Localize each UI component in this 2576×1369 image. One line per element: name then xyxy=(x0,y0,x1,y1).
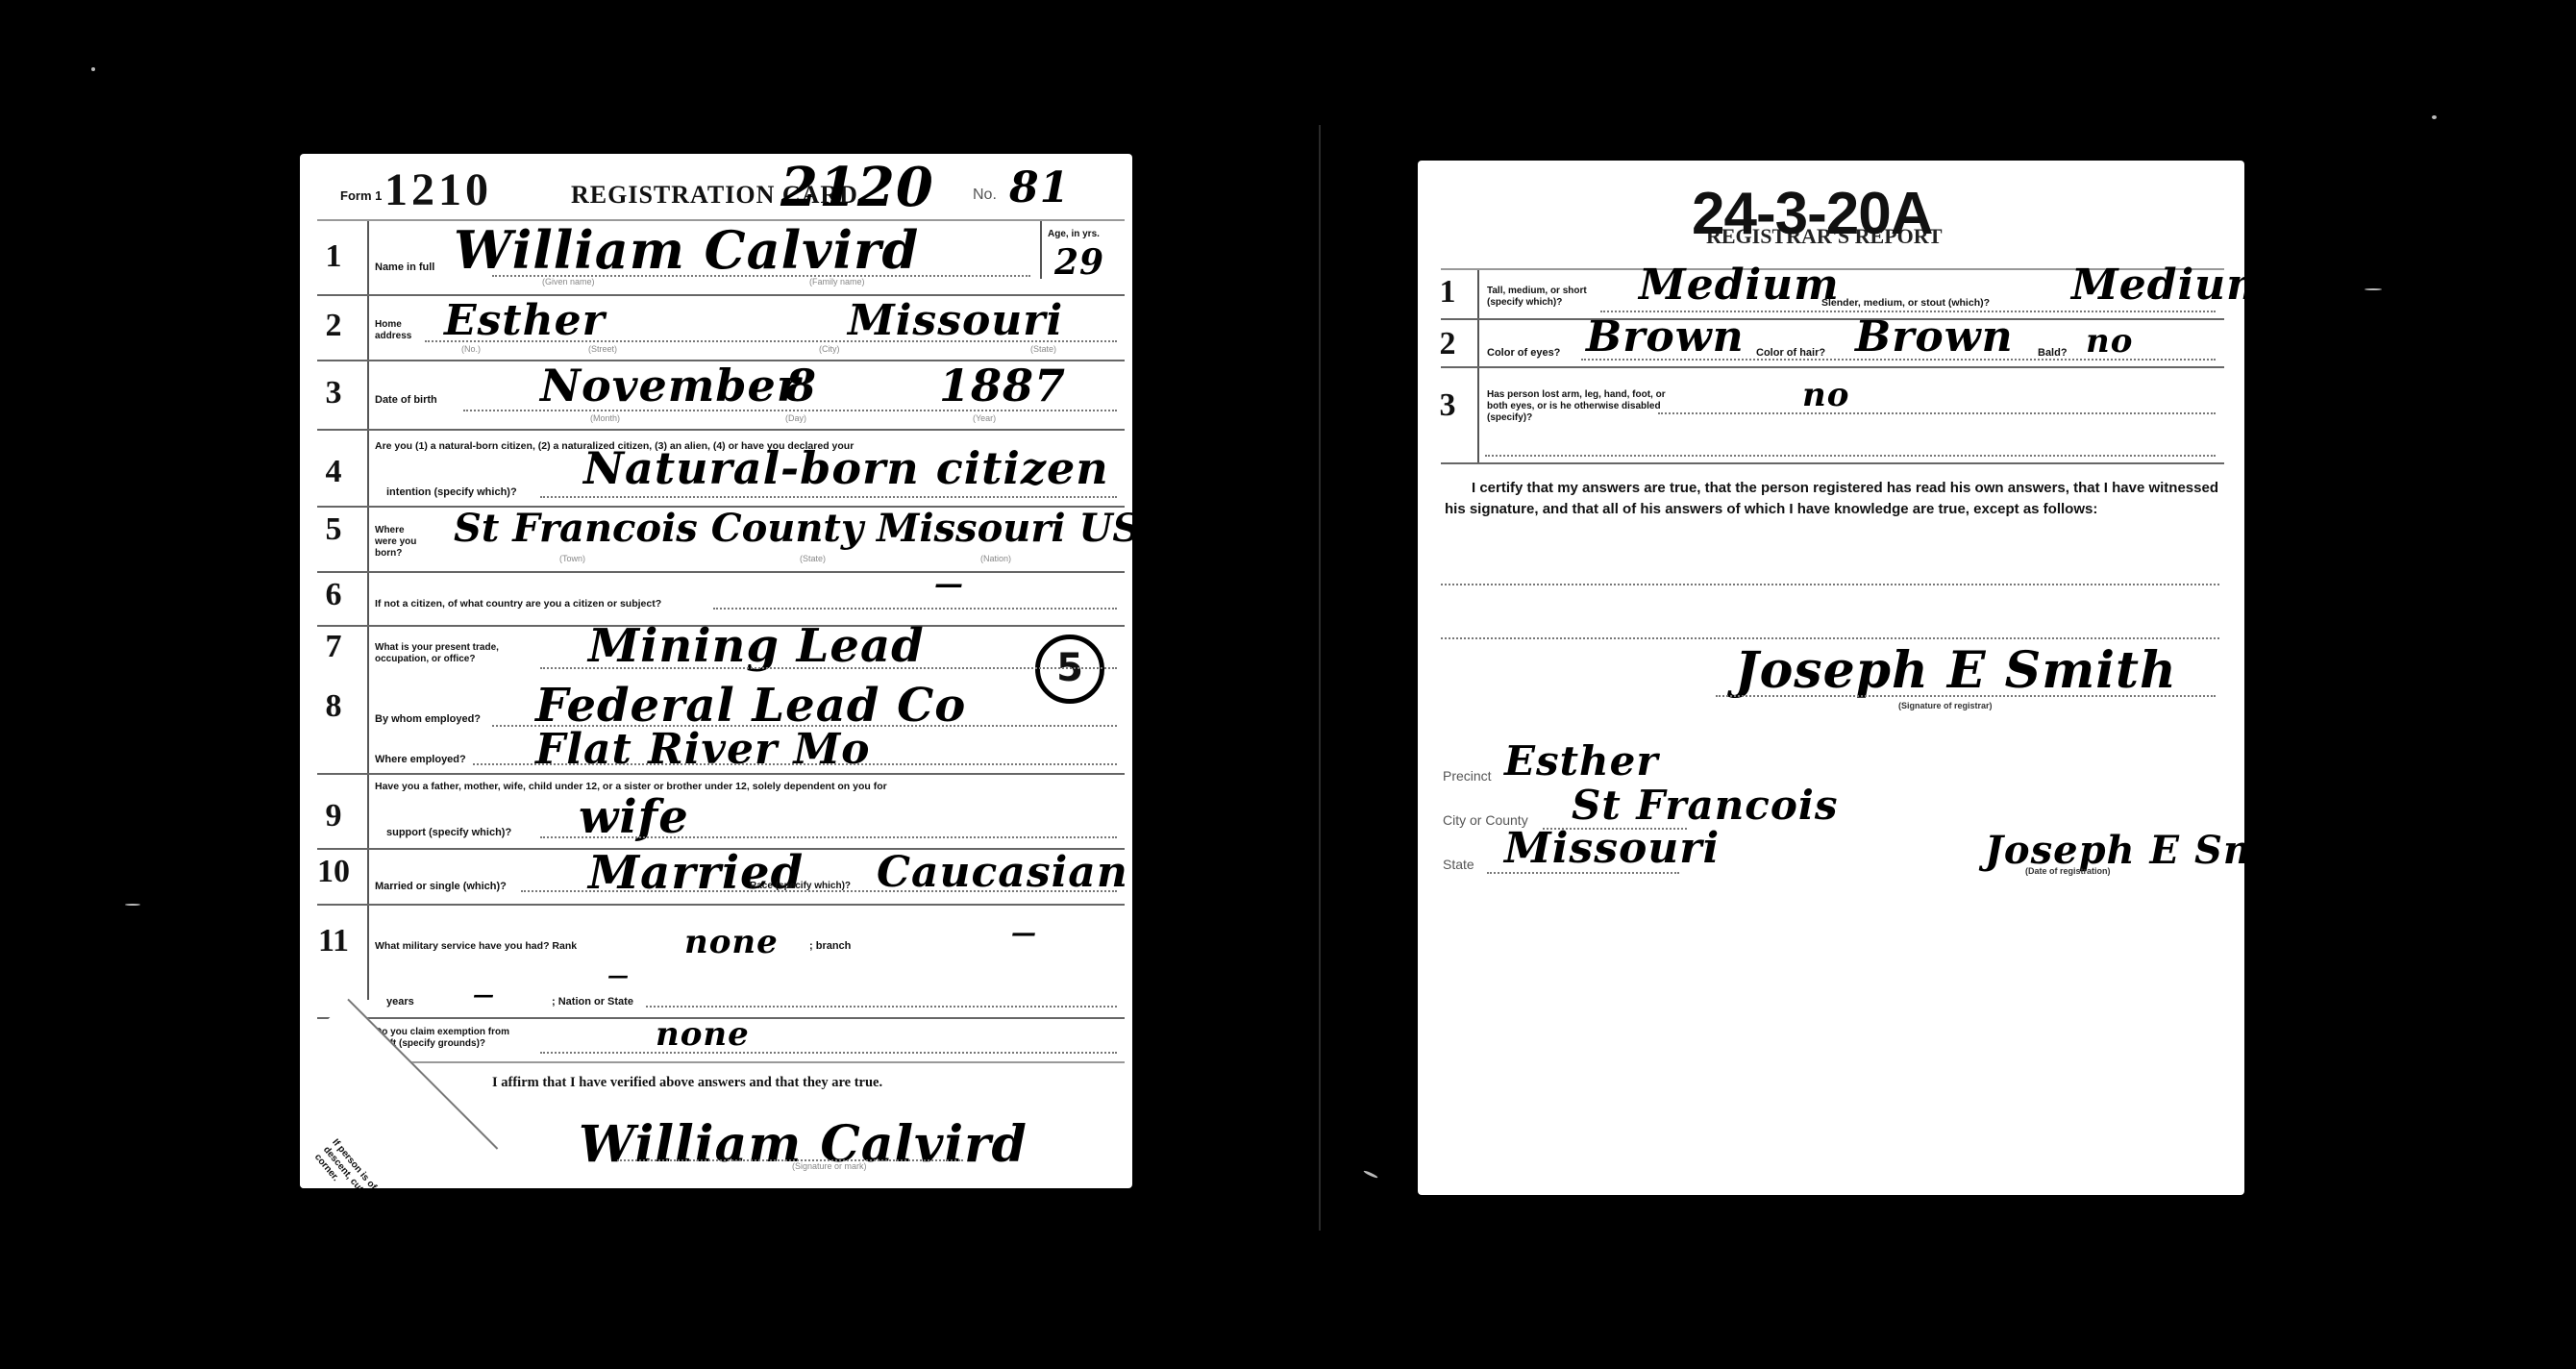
birthplace-label: Where were you born? xyxy=(375,525,428,560)
dependents-question-cont: support (specify which)? xyxy=(386,827,511,838)
registrar-caption: (Signature of registrar) xyxy=(1898,701,1993,710)
military-branch-label: ; branch xyxy=(809,940,851,952)
fill-line xyxy=(492,275,1030,277)
disability-label: Has person lost arm, leg, hand, foot, or… xyxy=(1487,389,1679,424)
dob-month: November xyxy=(540,360,801,411)
row-number: 5 xyxy=(310,511,358,548)
rule xyxy=(317,773,1125,775)
row-number: 1 xyxy=(1424,274,1472,311)
row-number: 3 xyxy=(1424,387,1472,424)
rule xyxy=(317,904,1125,906)
film-speck xyxy=(91,67,95,71)
build-label: Slender, medium, or stout (which)? xyxy=(1821,297,1990,309)
foreign-citizen-label: If not a citizen, of what country are yo… xyxy=(375,598,661,610)
fill-line xyxy=(540,1052,1117,1054)
film-speck xyxy=(1363,1170,1378,1179)
age-value: 29 xyxy=(1054,242,1104,283)
occupation-value: Mining Lead xyxy=(588,619,925,673)
caption: (No.) xyxy=(461,344,481,354)
rule xyxy=(317,429,1125,431)
disability-value: no xyxy=(1802,376,1849,414)
registrar-signature: Joseph E Smith xyxy=(1735,641,2177,700)
serial-no-label: No. xyxy=(973,187,997,204)
citizenship-question-cont: intention (specify which)? xyxy=(386,486,517,498)
marital-status-label: Married or single (which)? xyxy=(375,881,507,892)
caption: (Given name) xyxy=(542,277,595,286)
caption: (City) xyxy=(819,344,840,354)
occupation-label: What is your present trade, occupation, … xyxy=(375,642,500,665)
military-years-label: years xyxy=(386,996,414,1008)
bald-label: Bald? xyxy=(2038,347,2068,359)
home-address-state: Missouri xyxy=(848,296,1063,345)
fill-line xyxy=(463,410,1117,411)
dob-year: 1887 xyxy=(939,360,1066,411)
military-years-value: — xyxy=(473,983,495,1008)
row-number: 2 xyxy=(310,308,358,344)
military-branch-value: — xyxy=(1011,919,1037,948)
fill-line xyxy=(1658,412,2216,414)
rule xyxy=(1441,462,2224,464)
registrars-report-card: REGISTRAR'S REPORT 24-3-20A 1 Tall, medi… xyxy=(1418,161,2244,1195)
form-label: Form 1 xyxy=(340,188,382,203)
row-number: 2 xyxy=(1424,326,1472,362)
fill-line xyxy=(1716,695,2216,697)
fill-line xyxy=(425,340,1117,342)
hair-color-label: Color of hair? xyxy=(1756,347,1825,359)
circled-mark: 5 xyxy=(1035,635,1104,704)
affirmation-text: I affirm that I have verified above answ… xyxy=(492,1077,882,1088)
military-rank-value: none xyxy=(684,923,779,961)
employer-location-value: Flat River Mo xyxy=(535,725,871,774)
fill-line xyxy=(1487,872,1679,874)
fill-line xyxy=(521,890,1117,892)
state-value: Missouri xyxy=(1504,824,1720,873)
exceptions-line xyxy=(1441,584,2219,585)
registration-date-value: Joseph E Smith xyxy=(1985,828,2244,873)
row-number: 8 xyxy=(310,688,358,725)
film-speck xyxy=(2432,115,2437,119)
fill-line xyxy=(540,836,1117,838)
certification-text: I certify that my answers are true, that… xyxy=(1445,478,2218,520)
fill-line xyxy=(540,667,1117,669)
number-column-rule xyxy=(367,221,369,1000)
precinct-value: Esther xyxy=(1504,737,1658,784)
home-address-town: Esther xyxy=(444,296,606,345)
row-number: 3 xyxy=(310,375,358,411)
fill-line xyxy=(1581,359,2216,361)
home-address-label: Home address xyxy=(375,319,413,342)
caption: (State) xyxy=(800,554,826,563)
name-label: Name in full xyxy=(375,261,434,273)
nation-state-label: ; Nation or State xyxy=(552,996,633,1008)
caption: (State) xyxy=(1030,344,1056,354)
caption: (Street) xyxy=(588,344,617,354)
stamp-code: 24-3-20A xyxy=(1692,180,1932,248)
exemption-value: none xyxy=(656,1015,750,1054)
fill-line xyxy=(492,725,1117,727)
film-speck xyxy=(2365,288,2382,290)
caption: (Nation) xyxy=(980,554,1011,563)
height-value: Medium xyxy=(1639,261,1840,310)
foreign-citizen-value: — xyxy=(934,567,964,601)
name-value: William Calvird xyxy=(454,219,919,281)
signature-caption: (Signature or mark) xyxy=(792,1161,867,1171)
caption: (Year) xyxy=(973,413,996,423)
citizenship-value: Natural-born citizen xyxy=(583,442,1109,494)
form-number: 1210 xyxy=(384,163,492,216)
county-value: St Francois xyxy=(1572,782,1839,829)
employer-location-label: Where employed? xyxy=(375,754,466,765)
row-number: 7 xyxy=(310,629,358,665)
build-value: Medium xyxy=(2071,261,2244,310)
caption: (Month) xyxy=(590,413,620,423)
rule xyxy=(1441,366,2224,368)
fill-line xyxy=(617,1159,963,1161)
fill-line xyxy=(540,496,1117,498)
fill-line xyxy=(1485,455,2216,457)
eye-color-label: Color of eyes? xyxy=(1487,347,1560,359)
exceptions-line xyxy=(1441,637,2219,639)
registration-card: Form 1 1210 REGISTRATION CARD 2120 No. 8… xyxy=(300,154,1132,1188)
row-number: 1 xyxy=(310,238,358,275)
rule xyxy=(1441,318,2224,320)
row-number: 9 xyxy=(310,798,358,834)
age-column-rule xyxy=(1040,221,1042,279)
dob-day: 8 xyxy=(785,360,817,411)
fill-line xyxy=(473,763,1117,765)
employer-label: By whom employed? xyxy=(375,713,481,725)
registration-handwritten-number: 2120 xyxy=(780,156,934,219)
rule xyxy=(317,1061,1125,1063)
film-divider xyxy=(1319,125,1321,1231)
age-label: Age, in yrs. xyxy=(1048,229,1100,240)
row-number: 10 xyxy=(310,854,358,890)
bald-value: no xyxy=(2086,322,2133,361)
hair-color-value: Brown xyxy=(1855,312,2014,361)
rule xyxy=(317,571,1125,573)
row-number: 4 xyxy=(310,454,358,490)
registration-date-caption: (Date of registration) xyxy=(2025,866,2111,876)
precinct-label: Precinct xyxy=(1443,768,1492,784)
caption: (Family name) xyxy=(809,277,865,286)
caption: (Day) xyxy=(785,413,806,423)
eye-color-value: Brown xyxy=(1586,312,1745,361)
fill-line xyxy=(713,608,1117,610)
row-number: 11 xyxy=(310,923,358,959)
state-label: State xyxy=(1443,857,1474,872)
fill-line xyxy=(646,1006,1117,1008)
dob-label: Date of birth xyxy=(375,394,437,406)
birthplace-value: St Francois County Missouri USA xyxy=(454,506,1132,551)
height-label: Tall, medium, or short (specify which)? xyxy=(1487,286,1622,309)
serial-no-value: 81 xyxy=(1009,163,1070,212)
nation-state-value: — xyxy=(607,963,630,988)
military-rank-label: What military service have you had? Rank xyxy=(375,940,577,952)
row-number: 6 xyxy=(310,577,358,613)
film-speck xyxy=(125,904,140,906)
caption: (Town) xyxy=(559,554,585,563)
